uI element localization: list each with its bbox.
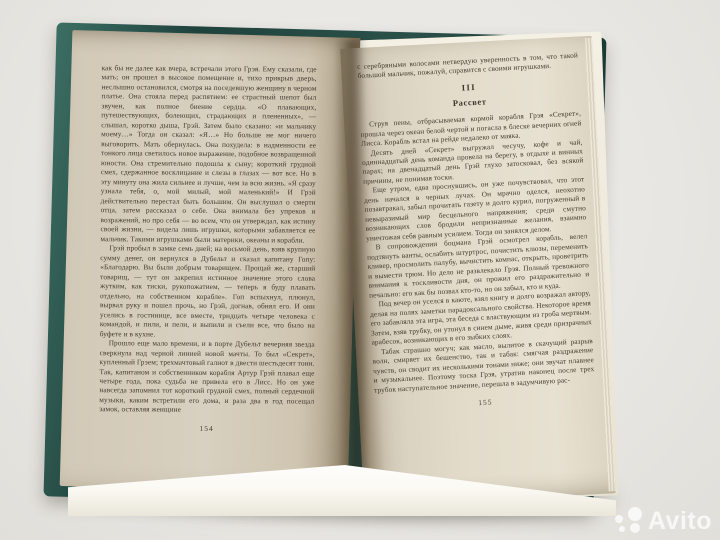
book-gutter-shadow — [334, 40, 371, 488]
left-page: как бы не далее как вчера, встречали это… — [60, 30, 361, 494]
page-number-right: 155 — [375, 392, 596, 413]
watermark-label: Avito — [648, 507, 712, 536]
right-page: с серебряными волосами нетвердую уверенн… — [340, 36, 616, 507]
paragraph: как бы не далее как вчера, встречали это… — [100, 63, 316, 245]
paragraph: Прошло еще мало времени, и в порте Дубел… — [99, 338, 315, 415]
avito-logo-icon — [613, 506, 643, 536]
paragraph: Грэй пробыл в замке семь дней; на восьмо… — [100, 243, 316, 339]
page-number-left: 154 — [99, 423, 314, 434]
photo-of-open-book: как бы не далее как вчера, встречали это… — [0, 0, 720, 540]
avito-watermark: Avito — [613, 506, 712, 536]
paragraph: с серебряными волосами нетвердую уверенн… — [357, 50, 579, 81]
left-page-text: как бы не далее как вчера, встречали это… — [99, 63, 317, 434]
right-page-text: с серебряными волосами нетвердую уверенн… — [357, 50, 596, 413]
